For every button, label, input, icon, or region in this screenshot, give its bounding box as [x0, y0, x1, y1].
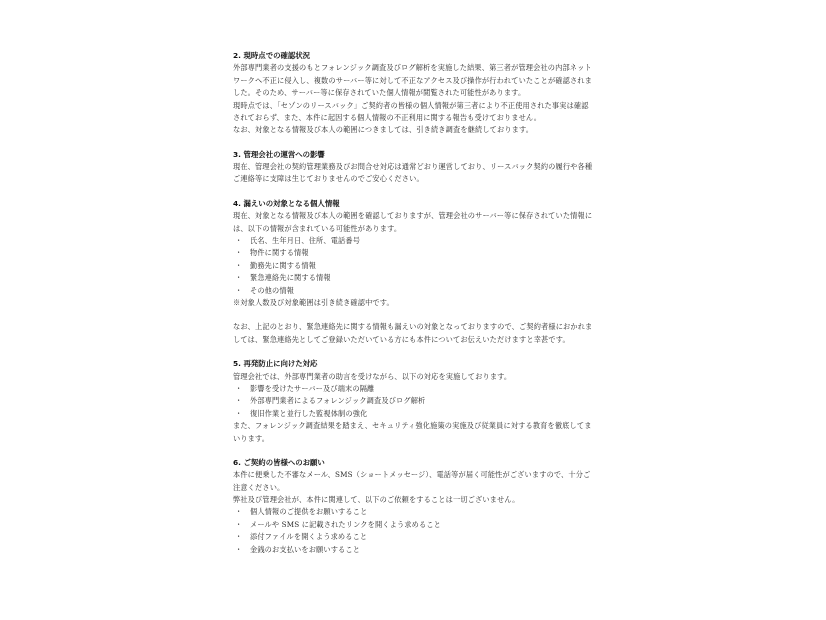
prevention-list: ・影響を受けたサーバー及び端末の隔離 ・外部専門業者によるフォレンジック調査及び…: [233, 383, 595, 420]
paragraph: 現在、管理会社の契約管理業務及びお問合せ対応は通常どおり運営しており、リースバッ…: [233, 161, 595, 186]
list-item: ・緊急連絡先に関する情報: [233, 272, 595, 284]
bullet-icon: ・: [235, 395, 242, 407]
paragraph: また、フォレンジック調査結果を踏まえ、セキュリティ強化施策の実施及び従業員に対す…: [233, 420, 595, 445]
request-list: ・個人情報のご提供をお願いすること ・メールや SMS に記載されたリンクを開く…: [233, 506, 595, 556]
bullet-icon: ・: [235, 260, 242, 272]
section-heading: 3. 管理会社の運営への影響: [233, 149, 595, 161]
bullet-icon: ・: [235, 272, 242, 284]
list-item: ・個人情報のご提供をお願いすること: [233, 506, 595, 518]
bullet-icon: ・: [235, 506, 242, 518]
bullet-icon: ・: [235, 235, 242, 247]
bullet-icon: ・: [235, 383, 242, 395]
paragraph: 本件に便乗した不審なメール、SMS（ショートメッセージ）、電話等が届く可能性がご…: [233, 469, 595, 494]
section-current-status: 2. 現時点での確認状況 外部専門業者の支援のもとフォレンジック調査及びログ解析…: [233, 50, 595, 137]
list-item: ・メールや SMS に記載されたリンクを開くよう求めること: [233, 519, 595, 531]
section-heading: 5. 再発防止に向けた対応: [233, 358, 595, 370]
section-operations-impact: 3. 管理会社の運営への影響 現在、管理会社の契約管理業務及びお問合せ対応は通常…: [233, 149, 595, 186]
list-item: ・添付ファイルを開くよう求めること: [233, 531, 595, 543]
list-item: ・金銭のお支払いをお願いすること: [233, 544, 595, 556]
list-item: ・物件に関する情報: [233, 247, 595, 259]
document-page: 2. 現時点での確認状況 外部専門業者の支援のもとフォレンジック調査及びログ解析…: [233, 50, 595, 568]
section-prevention: 5. 再発防止に向けた対応 管理会社では、外部専門業者の助言を受けながら、以下の…: [233, 358, 595, 445]
paragraph: 現在、対象となる情報及び本人の範囲を確認しておりますが、管理会社のサーバー等に保…: [233, 210, 595, 235]
bullet-icon: ・: [235, 544, 242, 556]
list-item: ・勤務先に関する情報: [233, 260, 595, 272]
paragraph: なお、対象となる情報及び本人の範囲につきましては、引き続き調査を継続しております…: [233, 124, 595, 136]
paragraph: 弊社及び管理会社が、本件に関連して、以下のご依頼をすることは一切ございません。: [233, 494, 595, 506]
bullet-icon: ・: [235, 247, 242, 259]
paragraph: 管理会社では、外部専門業者の助言を受けながら、以下の対応を実施しております。: [233, 371, 595, 383]
bullet-icon: ・: [235, 519, 242, 531]
paragraph: 外部専門業者の支援のもとフォレンジック調査及びログ解析を実施した結果、第三者が管…: [233, 62, 595, 99]
leaked-info-list: ・氏名、生年月日、住所、電話番号 ・物件に関する情報 ・勤務先に関する情報 ・緊…: [233, 235, 595, 297]
bullet-icon: ・: [235, 285, 242, 297]
paragraph: 現時点では、「セゾンのリースバック」ご契約者の皆様の個人情報が第三者により不正使…: [233, 100, 595, 125]
note: ※対象人数及び対象範囲は引き続き確認中です。: [233, 297, 595, 309]
section-heading: 2. 現時点での確認状況: [233, 50, 595, 62]
paragraph: なお、上記のとおり、緊急連絡先に関する情報も漏えいの対象となっておりますので、ご…: [233, 321, 595, 346]
list-item: ・影響を受けたサーバー及び端末の隔離: [233, 383, 595, 395]
section-heading: 4. 漏えいの対象となる個人情報: [233, 198, 595, 210]
list-item: ・復旧作業と並行した監視体制の強化: [233, 408, 595, 420]
bullet-icon: ・: [235, 531, 242, 543]
list-item: ・氏名、生年月日、住所、電話番号: [233, 235, 595, 247]
bullet-icon: ・: [235, 408, 242, 420]
section-leaked-information: 4. 漏えいの対象となる個人情報 現在、対象となる情報及び本人の範囲を確認してお…: [233, 198, 595, 346]
list-item: ・外部専門業者によるフォレンジック調査及びログ解析: [233, 395, 595, 407]
list-item: ・その他の情報: [233, 285, 595, 297]
section-heading: 6. ご契約の皆様へのお願い: [233, 457, 595, 469]
section-customer-request: 6. ご契約の皆様へのお願い 本件に便乗した不審なメール、SMS（ショートメッセ…: [233, 457, 595, 556]
